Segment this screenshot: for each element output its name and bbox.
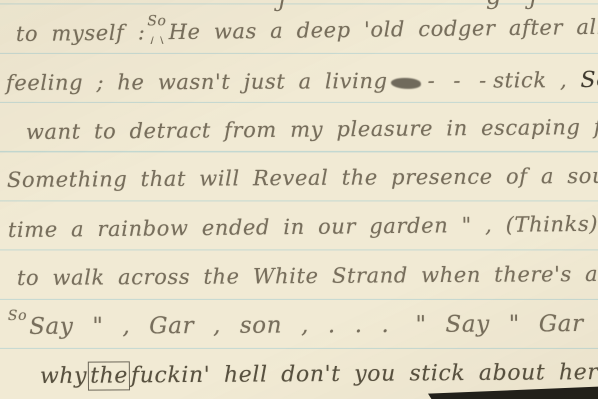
handwriting-segment: to myself : (16, 20, 146, 46)
handwriting-segment: want to detract from my pleasure in esca… (26, 114, 598, 144)
scribble-mark (391, 78, 421, 89)
manuscript-photo: { "theme": { "paper": "#f1ead4", "rule":… (0, 0, 598, 399)
manuscript-line-1: to myself :SoHe was a deep 'old codger a… (16, 13, 598, 46)
cut-off-descenders: g ȷ (486, 0, 546, 10)
handwriting-segment: why (40, 364, 87, 389)
inserted-word: So (8, 308, 27, 324)
handwriting-segment: Something that will Reveal the presence … (7, 163, 598, 192)
handwriting-segment: feeling ; he wasn't just a living (6, 69, 388, 95)
handwriting-segment: to walk across the White Strand when the… (17, 261, 598, 290)
ruled-paper: ȷ g ȷ to myself :SoHe was a deep 'old co… (0, 0, 598, 399)
boxed-word: the (90, 363, 128, 388)
handwriting-segment: " Say " Gar , you bastar (415, 310, 598, 338)
handwriting-segment: fuckin' hell don't you stick about here … (131, 360, 598, 389)
inserted-word: So (147, 13, 166, 29)
manuscript-line-2: feeling ; he wasn't just a living- - -st… (6, 67, 598, 96)
ink-smudge (428, 385, 598, 399)
handwriting-segment: So, now, S (580, 67, 598, 93)
handwriting-segment: He was a deep 'old codger after all ; he… (169, 13, 598, 44)
manuscript-line-8: whythefuckin' hell don't you stick about… (40, 360, 598, 389)
handwriting-segment: stick , (493, 68, 567, 92)
manuscript-line-5: time a rainbow ended in our garden " , (… (8, 210, 598, 242)
cut-off-descender: ȷ (278, 0, 285, 12)
handwriting-segment: time a rainbow ended in our garden " , (… (8, 211, 598, 242)
handwriting-segment: Say " , Gar , son , . . . (29, 312, 389, 340)
manuscript-line-7: SoSay " , Gar , son , . . ." Say " Gar ,… (6, 310, 598, 340)
manuscript-line-6: to walk across the White Strand when the… (17, 261, 598, 290)
manuscript-line-4: Something that will Reveal the presence … (7, 162, 598, 192)
manuscript-line-3: want to detract from my pleasure in esca… (26, 114, 598, 144)
dash-marks: - - - (428, 68, 490, 92)
